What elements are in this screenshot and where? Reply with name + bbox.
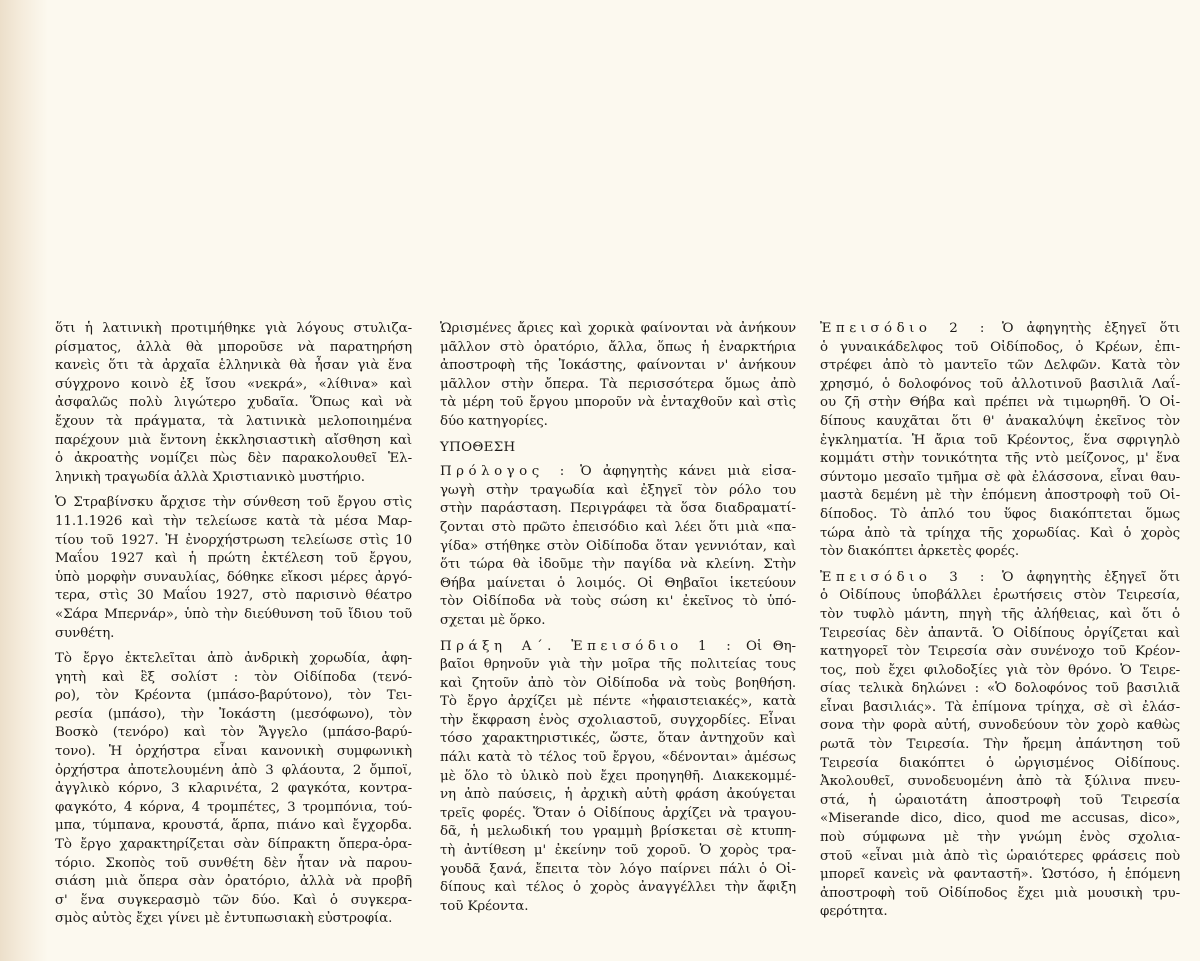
episode3-first-line: Ἐπεισόδιο 3 : Ὁ ἀφηγητὴς ἐξηγεῖ ὅτι — [820, 569, 1180, 588]
binding-shadow — [0, 0, 48, 961]
text-line: τὸν Οἰδίποδα νὰ τοὺς σώση κι' ἐκεῖνος τὸ… — [440, 593, 796, 612]
text-line: γωγὴ στὴν τραγωδία καὶ ἐξηγεῖ τὸν ρόλο τ… — [440, 482, 796, 501]
text-line: στοῦ «εἶναι μιὰ ἀπὸ τὶς ὡραιότερες φράσε… — [820, 848, 1180, 867]
episode2-first-line: Ἐπεισόδιο 2 : Ὁ ἀφηγητὴς ἐξηγεῖ ὅτι — [820, 320, 1180, 339]
prologue-first-line: Πρόλογος : Ὁ ἀφηγητὴς κάνει μιὰ εἰσα- — [440, 463, 796, 482]
episode3-label: Ἐπεισόδιο 3 : — [820, 570, 989, 585]
text-line: τὰ μέρη τοῦ ἔργου μποροῦν νὰ ἐνταχθοῦν κ… — [440, 394, 796, 413]
text-line: δίπους καὶ τέλος ὁ χορὸς ἀναγγέλλει τὴν … — [440, 879, 796, 898]
section-heading-synopsis: ΥΠΟΘΕΣΗ — [440, 439, 796, 458]
paragraph-orchestration: Τὸ ἔργο ἐκτελεῖται ἀπὸ ἀνδρικὴ χορωδία, … — [55, 650, 412, 929]
text-line: δᾶ, ἡ μελωδική του γραμμὴ βρίσκεται σὲ κ… — [440, 823, 796, 842]
text-line: Ἀκολουθεῖ, συνοδευομένη ἀπὸ τὰ ξύλινα πν… — [820, 773, 1180, 792]
text-line: νη ἀπὸ παύσεις, ἡ ἀρχικὴ αὐτὴ φράση ἀκού… — [440, 786, 796, 805]
text-line: σ' ἕνα συγκερασμὸ τῶν δύο. Καὶ ὁ συγκερα… — [55, 892, 412, 911]
text-line: καὶ ζητοῦν ἀπὸ τὸν Οἰδίποδα νὰ τοὺς βοηθ… — [440, 675, 796, 694]
text-line: μᾶλλον στὴν ὄπερα. Τὰ περισσότερα ὅμως ἀ… — [440, 376, 796, 395]
text-line: ὑπὸ μορφὴν συναυλίας, δόθηκε εἴκοσι μέρε… — [55, 569, 412, 588]
text-line: τος, ποὺ ἔχει φιλοδοξίες γιὰ τὸν θρόνο. … — [820, 662, 1180, 681]
text-line: στὴν παράσταση. Περιγράφει τὰ ὅσα διαδρα… — [440, 500, 796, 519]
text-line: τρεῖς φορές. Ὅταν ὁ Οἰδίπους ἀρχίζει νὰ … — [440, 805, 796, 824]
text-line: εἶναι βασιλιάς». Τὰ ἐπίμονα τρίηχα, σὲ σ… — [820, 699, 1180, 718]
text-line: μαστὰ δεμένη μὲ τὴν ἑπόμενη ἀποστροφὴ το… — [820, 487, 1180, 506]
paragraph-latin-text: ὅτι ἡ λατινικὴ προτιμήθηκε γιὰ λόγους στ… — [55, 320, 412, 487]
prologue-label: Πρόλογος : — [440, 464, 569, 479]
text-line: σύγχρονο κοινὸ ἐξ ἴσου «νεκρά», «λίθινα»… — [55, 376, 412, 395]
text-line: τὸν τυφλὸ μάντη, πηγὴ τῆς ἀλήθειας, καὶ … — [820, 606, 1180, 625]
text-line: κομμάτι στὴν τονικότητα τῆς ντὸ μείζονος… — [820, 450, 1180, 469]
column-middle: Ὡρισμένες ἄριες καὶ χορικὰ φαίνονται νὰ … — [440, 320, 796, 923]
text-line: τοῦ Κρέοντα. — [440, 898, 796, 917]
paragraph-composition-dates: Ὁ Στραβίνσκυ ἄρχισε τὴν σύνθεση τοῦ ἔργο… — [55, 494, 412, 643]
text-line: Τειρεσίας δὲν ἀπαντᾶ. Ὁ Οἰδίπους ὀργίζετ… — [820, 625, 1180, 644]
text-line: ὁ ἀκροατὴς νομίζει πὼς δὲν παρακολουθεῖ … — [55, 450, 412, 469]
text-line: σχεται μὲ ὅρκο. — [440, 612, 796, 631]
episode3-first-line-text: Ὁ ἀφηγητὴς ἐξηγεῖ ὅτι — [1002, 570, 1180, 585]
text-line: σιάση μιὰ ὄπερα σὰν ὀρατόριο, ἀλλὰ νὰ πρ… — [55, 873, 412, 892]
episode2-body: ὁ γυναικάδελφος τοῦ Οἰδίποδος, ὁ Κρέων, … — [820, 339, 1180, 562]
text-line: ὀρχήστρα ἀποτελουμένη ἀπὸ 3 φλάουτα, 2 ὄ… — [55, 762, 412, 781]
text-line: χρησμό, ὁ δολοφόνος τοῦ ἀλλοτινοῦ βασιλι… — [820, 376, 1180, 395]
text-line: τώρα ἀπὸ τὰ τρίηχα τῆς χορωδίας. Καὶ ὁ χ… — [820, 525, 1180, 544]
text-line: σμὸς αὐτὸς ἔχει γίνει μὲ ἐντυπωσιακὴ εὐσ… — [55, 910, 412, 929]
text-line: γουδᾶ ξανά, ἔπειτα τὸν λόγο παίρνει πάλι… — [440, 861, 796, 880]
text-line: Τειρεσία διακόπτει ὁ ὠργισμένος Οἰδίπους… — [820, 755, 1180, 774]
text-line: Ὡρισμένες ἄριες καὶ χορικὰ φαίνονται νὰ … — [440, 320, 796, 339]
text-line: μπα, τύμπανα, κρουστά, ἅρπα, πιάνο καὶ ἔ… — [55, 817, 412, 836]
text-line: ρεσία (μπάσο), τὴν Ἰοκάστη (μεσόφωνο), τ… — [55, 706, 412, 725]
column-left: ὅτι ἡ λατινικὴ προτιμήθηκε γιὰ λόγους στ… — [55, 320, 412, 936]
text-line: «Miserande dico, dico, quod me accusas, … — [820, 810, 1180, 829]
text-line: ὁ Οἰδίπους ὑποβάλλει ἐρωτήσεις στὸν Τειρ… — [820, 587, 1180, 606]
episode1-label: Πράξη Α΄. Ἐπεισόδιο 1 : — [440, 639, 735, 654]
text-line: παρέχουν μιὰ ἔντονη ἐκκλησιαστικὴ αἴσθησ… — [55, 432, 412, 451]
episode2-first-line-text: Ὁ ἀφηγητὴς ἐξηγεῖ ὅτι — [1002, 321, 1180, 336]
text-line: ἀποστροφὴ τοῦ Οἰδίποδος ἔχει μιὰ μουσικὴ… — [820, 885, 1180, 904]
text-line: πάλι κατὰ τὸ τέλος τοῦ ἔργου, «δένονται»… — [440, 749, 796, 768]
text-line: τὸν διακόπτει ἀρκετὲς φορές. — [820, 543, 1180, 562]
text-line: σίας τελικὰ δηλώνει : «Ὁ δολοφόνος τοῦ β… — [820, 680, 1180, 699]
text-line: φερότητα. — [820, 903, 1180, 922]
book-page: ὅτι ἡ λατινικὴ προτιμήθηκε γιὰ λόγους στ… — [0, 0, 1200, 961]
text-line: τονο). Ἡ ὀρχήστρα εἶναι κανονικὴ συμφωνι… — [55, 743, 412, 762]
text-line: τερα, στὶς 30 Μαΐου 1927, στὸ παρισινὸ θ… — [55, 587, 412, 606]
text-line: στά, ἡ ὡραιοτάτη ἀποστροφὴ τοῦ Τειρεσία — [820, 792, 1180, 811]
text-line: γίδα» στήθηκε στὸν Οἰδίποδα ὅταν γεννιότ… — [440, 538, 796, 557]
text-line: γητὴ καὶ ἓξ σολίστ : τὸν Οἰδίποδα (τενό- — [55, 669, 412, 688]
text-line: Μαΐου 1927 καὶ ἡ πρώτη ἐκτέλεση τοῦ ἔργο… — [55, 550, 412, 569]
text-line: Θήβα μαίνεται ὁ λοιμός. Οἱ Θηβαῖοι ἱκετε… — [440, 575, 796, 594]
episode2-label: Ἐπεισόδιο 2 : — [820, 321, 989, 336]
text-line: τὴν ἔκφραση ἑνὸς σχολιαστοῦ, συγχορδίες.… — [440, 712, 796, 731]
text-line: σονα τὴν φορὰ αὐτή, συνοδεύουν τὸν χορὸ … — [820, 717, 1180, 736]
text-line: ου ζῆ στὴν Θήβα καὶ πρέπει νὰ τιμωρηθῆ. … — [820, 394, 1180, 413]
text-line: ὁ γυναικάδελφος τοῦ Οἰδίποδος, ὁ Κρέων, … — [820, 339, 1180, 358]
episode1-first-line: Πράξη Α΄. Ἐπεισόδιο 1 : Οἱ Θη- — [440, 638, 796, 657]
text-line: μπορεῖ κανεὶς νὰ φανταστῆ». Ὡστόσο, ἡ ἑπ… — [820, 866, 1180, 885]
text-line: Ὁ Στραβίνσκυ ἄρχισε τὴν σύνθεση τοῦ ἔργο… — [55, 494, 412, 513]
prologue-body: γωγὴ στὴν τραγωδία καὶ ἐξηγεῖ τὸν ρόλο τ… — [440, 482, 796, 631]
text-line: ρίσματος, ἀλλὰ θὰ μποροῦσε νὰ παρατηρήση — [55, 339, 412, 358]
text-line: δύο κατηγορίες. — [440, 413, 796, 432]
text-line: δίπους καυχᾶται ὅτι θ' ἀνακαλύψη ἐκεῖνος… — [820, 413, 1180, 432]
episode3-body: ὁ Οἰδίπους ὑποβάλλει ἐρωτήσεις στὸν Τειρ… — [820, 587, 1180, 922]
text-line: τὴ ἀντίθεση μ' ἐκείνην τοῦ χοροῦ. Ὁ χορὸ… — [440, 842, 796, 861]
text-line: κατηγορεῖ τὸν Τειρεσία σὰν συνένοχο τοῦ … — [820, 643, 1180, 662]
text-line: κανεὶς ὅτι τὰ ἀρχαῖα ἑλληνικὰ θὰ ἦσαν γι… — [55, 357, 412, 376]
text-line: Βοσκὸ (τενόρο) καὶ τὸν Ἄγγελο (μπάσο-βαρ… — [55, 724, 412, 743]
text-line: τόσο χαρακτηριστικές, ὥστε, ὅταν ἀντηχοῦ… — [440, 730, 796, 749]
text-line: ὅτι τώρα θὰ ἰδοῦμε τὴν παγίδα νὰ κλείνη.… — [440, 556, 796, 575]
paragraph-act1-episode1: Πράξη Α΄. Ἐπεισόδιο 1 : Οἱ Θη- βαῖοι θρη… — [440, 638, 796, 917]
prologue-first-line-text: Ὁ ἀφηγητὴς κάνει μιὰ εἰσα- — [580, 464, 796, 479]
text-line: φαγκότο, 4 κόρνα, 4 τρομπέτες, 3 τρομπόν… — [55, 799, 412, 818]
text-line: ὅτι ἡ λατινικὴ προτιμήθηκε γιὰ λόγους στ… — [55, 320, 412, 339]
text-line: μᾶλλον στὸ ὀρατόριο, ἄλλα, ὅπως ἡ ἐναρκτ… — [440, 339, 796, 358]
text-line: Τὸ ἔργο ἐκτελεῖται ἀπὸ ἀνδρικὴ χορωδία, … — [55, 650, 412, 669]
text-line: ρωτᾶ τὸν Τειρεσία. Τὴν ἤρεμη ἀπάντηση το… — [820, 736, 1180, 755]
text-line: ἐγκληματία. Ἡ ἄρια τοῦ Κρέοντος, ἕνα σφρ… — [820, 432, 1180, 451]
text-line: στρέφει ἀπὸ τὸ μαντεῖο τῶν Δελφῶν. Κατὰ … — [820, 357, 1180, 376]
text-line: συνθέτη. — [55, 625, 412, 644]
text-line: «Σάρα Μπερνάρ», ὑπὸ τὴν διεύθυνση τοῦ ἴδ… — [55, 606, 412, 625]
text-line: Τὸ ἔργο ἀρχίζει μὲ πέντε «ἡφαιστειακές»,… — [440, 693, 796, 712]
text-line: ἀγγλικὸ κόρνο, 3 κλαρινέτα, 2 φαγκότα, κ… — [55, 780, 412, 799]
paragraph-prologue: Πρόλογος : Ὁ ἀφηγητὴς κάνει μιὰ εἰσα- γω… — [440, 463, 796, 630]
text-line: ποὺ σύμφωνα μὲ τὴν γνώμη ἑνὸς σχολια- — [820, 829, 1180, 848]
paragraph-arias-intro: Ὡρισμένες ἄριες καὶ χορικὰ φαίνονται νὰ … — [440, 320, 796, 432]
paragraph-episode2: Ἐπεισόδιο 2 : Ὁ ἀφηγητὴς ἐξηγεῖ ὅτι ὁ γυ… — [820, 320, 1180, 562]
paragraph-episode3: Ἐπεισόδιο 3 : Ὁ ἀφηγητὴς ἐξηγεῖ ὅτι ὁ Οἰ… — [820, 569, 1180, 922]
episode1-first-line-text: Οἱ Θη- — [746, 639, 796, 654]
text-line: 11.1.1926 καὶ τὴν τελείωσε κατὰ τὰ μέσα … — [55, 513, 412, 532]
text-line: τόριο. Σκοπὸς τοῦ συνθέτη δὲν ἦταν νὰ πα… — [55, 855, 412, 874]
episode1-body: βαῖοι θρηνοῦν γιὰ τὴν μοῖρα τῆς πολιτεία… — [440, 656, 796, 916]
text-line: ἀποστροφὴ τῆς Ἰοκάστης, φαίνονται ν' ἀνή… — [440, 357, 796, 376]
text-line: Τὸ ἔργο χαρακτηρίζεται σὰν δίπρακτη ὄπερ… — [55, 836, 412, 855]
text-line: ληνικὴ τραγωδία ἀλλὰ Χριστιανικὸ μυστήρι… — [55, 469, 412, 488]
text-line: ζονται στὸ πρῶτο ἐπεισόδιο καὶ λέει ὅτι … — [440, 519, 796, 538]
text-line: τίου τοῦ 1927. Ἡ ἐνορχήστρωση τελείωσε σ… — [55, 532, 412, 551]
column-right: Ἐπεισόδιο 2 : Ὁ ἀφηγητὴς ἐξηγεῖ ὅτι ὁ γυ… — [820, 320, 1180, 929]
text-line: σύντομο μεσαῖο τμῆμα σὲ φὰ ἐλάσσονα, εἶν… — [820, 469, 1180, 488]
text-line: δίποδος. Τὸ ἁπλό του ὕφος διακόπτεται ὅμ… — [820, 506, 1180, 525]
text-line: ἀσφαλῶς πολὺ λιγώτερο χυδαῖα. Ὅπως καὶ ν… — [55, 394, 412, 413]
text-line: ρο), τὸν Κρέοντα (μπάσο-βαρύτονο), τὸν Τ… — [55, 687, 412, 706]
text-line: μὲ ὅλο τὸ ὑλικὸ ποὺ ἔχει προηγηθῆ. Διακε… — [440, 768, 796, 787]
text-line: βαῖοι θρηνοῦν γιὰ τὴν μοῖρα τῆς πολιτεία… — [440, 656, 796, 675]
text-line: ἔχουν τὰ πράγματα, τὰ λατινικὰ μελοποιημ… — [55, 413, 412, 432]
